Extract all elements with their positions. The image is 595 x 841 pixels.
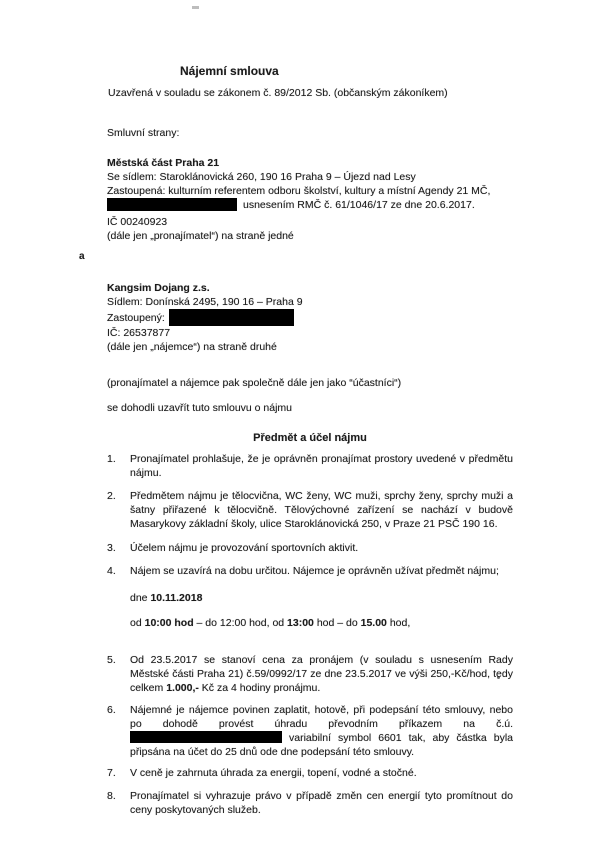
rental-time-afternoon: 13:00 bbox=[287, 617, 314, 629]
item-4-date-line: dne 10.11.2018 bbox=[130, 591, 513, 605]
item-text: V ceně je zahrnuta úhrada za energii, to… bbox=[130, 766, 513, 780]
list-item-8: 8. Pronajímatel si vyhrazuje právo v pří… bbox=[107, 789, 513, 817]
agreement-line: se dohodli uzavřít tuto smlouvu o nájmu bbox=[107, 401, 292, 415]
redaction-bar bbox=[107, 198, 237, 211]
item-text: Pronajímatel si vyhrazuje právo v případ… bbox=[130, 789, 513, 817]
item-text: Pronajímatel prohlašuje, že je oprávněn … bbox=[130, 452, 513, 480]
scan-artifact bbox=[192, 6, 199, 9]
item-number: 1. bbox=[107, 452, 130, 480]
tenant-block: Kangsim Dojang z.s. Sídlem: Donínská 249… bbox=[107, 281, 537, 354]
item-number: 6. bbox=[107, 703, 130, 759]
tenant-id: IČ: 26537877 bbox=[107, 326, 537, 340]
list-item-1: 1. Pronajímatel prohlašuje, že je oprávn… bbox=[107, 452, 513, 480]
list-item-2: 2. Předmětem nájmu je tělocvična, WC žen… bbox=[107, 489, 513, 531]
item-4-time-line: od 10:00 hod – do 12:00 hod, od 13:00 ho… bbox=[130, 616, 513, 630]
list-item-6: 6. Nájemné je nájemce povinen zaplatit, … bbox=[107, 703, 513, 759]
conjunction: a bbox=[79, 250, 85, 264]
landlord-seat: Se sídlem: Staroklánovická 260, 190 16 P… bbox=[107, 170, 537, 184]
item-number: 4. bbox=[107, 564, 130, 630]
landlord-name: Městská část Praha 21 bbox=[107, 156, 537, 170]
parties-label: Smluvní strany: bbox=[107, 126, 179, 140]
landlord-represented: Zastoupená: kulturním referentem odboru … bbox=[107, 184, 537, 198]
total-price: 1.000,- bbox=[166, 682, 199, 694]
rental-date: 10.11.2018 bbox=[150, 592, 202, 604]
rental-time-start: 10:00 hod bbox=[145, 617, 194, 629]
item-number: 8. bbox=[107, 789, 130, 817]
item-number: 3. bbox=[107, 541, 130, 555]
items-section: Předmět a účel nájmu 1. Pronajímatel pro… bbox=[107, 431, 513, 828]
tenant-designation: (dále jen „nájemce“) na straně druhé bbox=[107, 340, 537, 354]
document-page: Nájemní smlouva Uzavřená v souladu se zá… bbox=[0, 0, 595, 841]
item-number: 7. bbox=[107, 766, 130, 780]
item-text: Účelem nájmu je provozování sportovních … bbox=[130, 541, 513, 555]
item-4-main: Nájem se uzavírá na dobu určitou. Nájemc… bbox=[130, 564, 513, 578]
landlord-id: IČ 00240923 bbox=[107, 215, 537, 229]
tenant-represented-line: Zastoupený: bbox=[107, 309, 537, 326]
list-item-5: 5. Od 23.5.2017 se stanoví cena za proná… bbox=[107, 653, 513, 695]
item-text: Nájem se uzavírá na dobu určitou. Nájemc… bbox=[130, 564, 513, 630]
rental-time-end: 15.00 bbox=[361, 617, 387, 629]
list-item-4: 4. Nájem se uzavírá na dobu určitou. Náj… bbox=[107, 564, 513, 630]
tenant-seat: Sídlem: Donínská 2495, 190 16 – Praha 9 bbox=[107, 295, 537, 309]
landlord-resolution: usnesením RMČ č. 61/1046/17 ze dne 20.6.… bbox=[243, 199, 475, 211]
tenant-name: Kangsim Dojang z.s. bbox=[107, 281, 537, 295]
landlord-resolution-line: usnesením RMČ č. 61/1046/17 ze dne 20.6.… bbox=[107, 198, 537, 212]
list-item-3: 3. Účelem nájmu je provozování sportovní… bbox=[107, 541, 513, 555]
document-title: Nájemní smlouva bbox=[180, 64, 279, 78]
item-text: Nájemné je nájemce povinen zaplatit, hot… bbox=[130, 703, 513, 759]
item-text: Předmětem nájmu je tělocvična, WC ženy, … bbox=[130, 489, 513, 531]
item-number: 5. bbox=[107, 653, 130, 695]
intro-line: Uzavřená v souladu se zákonem č. 89/2012… bbox=[108, 86, 448, 100]
landlord-block: Městská část Praha 21 Se sídlem: Starokl… bbox=[107, 156, 537, 243]
item-text: Od 23.5.2017 se stanoví cena za pronájem… bbox=[130, 653, 513, 695]
item-number: 2. bbox=[107, 489, 130, 531]
tenant-represented-label: Zastoupený: bbox=[107, 312, 165, 324]
landlord-designation: (dále jen „pronajímatel“) na straně jedn… bbox=[107, 229, 537, 243]
joint-designation: (pronajímatel a nájemce pak společně dál… bbox=[107, 376, 401, 390]
redaction-bar bbox=[130, 731, 282, 743]
section-heading: Předmět a účel nájmu bbox=[107, 431, 513, 445]
redaction-bar bbox=[169, 309, 294, 326]
list-item-7: 7. V ceně je zahrnuta úhrada za energii,… bbox=[107, 766, 513, 780]
